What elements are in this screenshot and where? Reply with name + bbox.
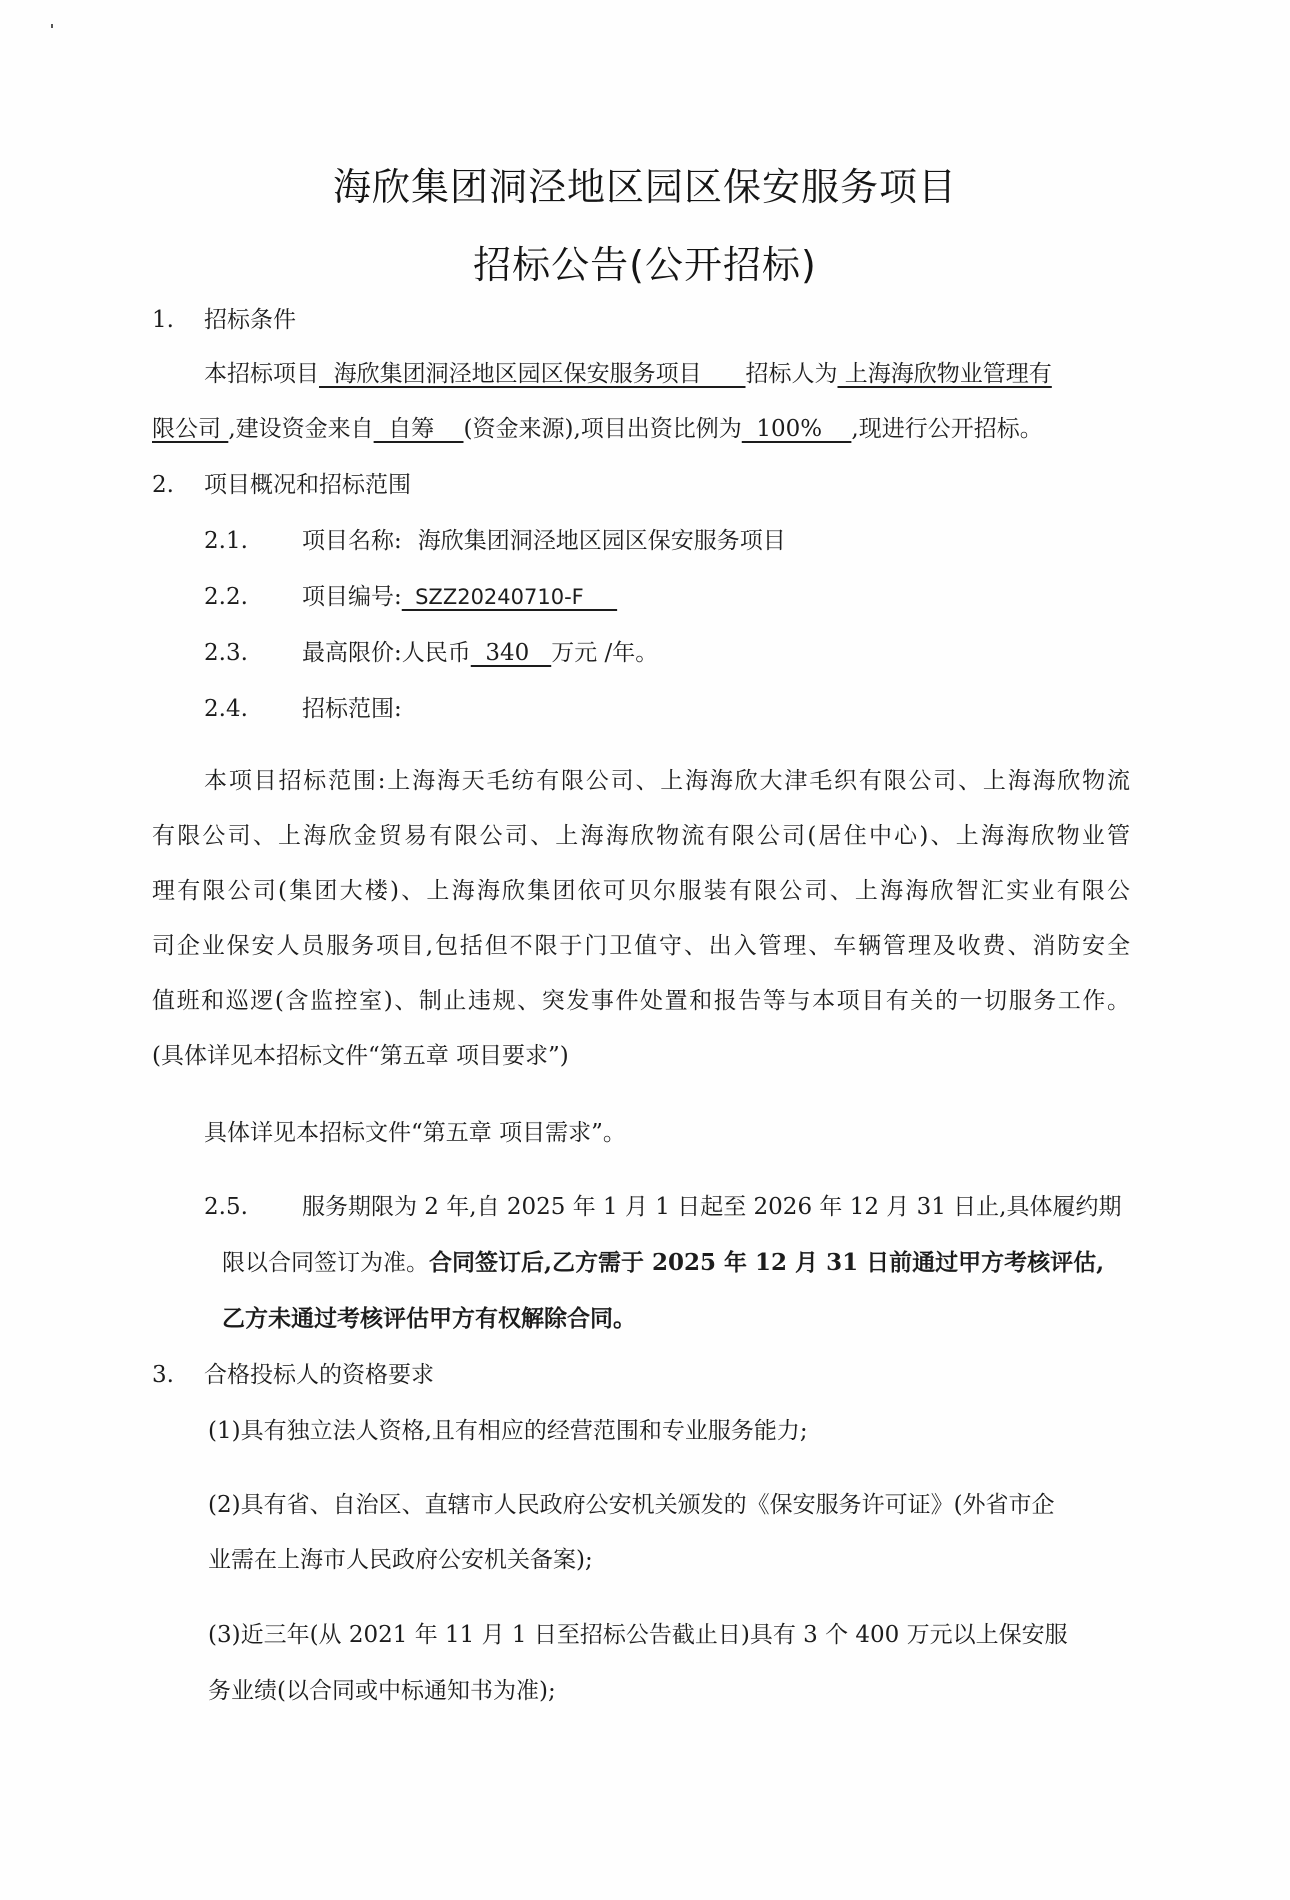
scope-line-6: (具体详见本招标文件“第五章 项目要求”) [152,1041,569,1071]
service-period-text: 服务期限为 2 年,自 2025 年 1 月 1 日起至 2026 年 12 月… [302,1194,1121,1220]
requirement-3-line2: 务业绩(以合同或中标通知书为准); [208,1676,556,1706]
section-number: 3. [152,1360,204,1390]
requirement-2-line1: (2)具有省、自治区、直辖市人民政府公安机关颁发的《保安服务许可证》(外省市企 [208,1490,1055,1520]
requirement-2-line2: 业需在上海市人民政府公安机关备案); [208,1545,593,1575]
text: ,建设资金来自 [228,416,373,442]
document-subtitle: 招标公告(公开招标) [0,234,1290,289]
text: 招标人为 [746,361,838,387]
item-number: 2.5. [204,1192,302,1222]
section-number: 2. [152,470,204,500]
section-1-paragraph-line1: 本招标项目 海欣集团洞泾地区园区保安服务项目 招标人为 上海海欣物业管理有 [204,359,1052,389]
scope-line-5: 值班和巡逻(含监控室)、制止违规、突发事件处置和报告等与本项目有关的一切服务工作… [152,986,1130,1016]
fund-source-field: 自筹 [374,416,464,442]
tenderee-field-cont: 限公司 [152,416,228,442]
item-number: 2.4. [204,694,302,724]
item-2-5-line3: 乙方未通过考核评估甲方有权解除合同。 [222,1304,636,1334]
item-label: 招标范围: [302,696,402,722]
item-2-5-line2: 限以合同签订为准。合同签订后,乙方需于 2025 年 12 月 31 日前通过甲… [222,1248,1104,1278]
item-2-4: 2.4.招标范围: [204,694,402,724]
text: 限以合同签订为准。 [222,1250,429,1276]
item-2-5-line1: 2.5.服务期限为 2 年,自 2025 年 1 月 1 日起至 2026 年 … [204,1192,1121,1222]
text: ,现进行公开招标。 [851,416,1042,442]
scope-line-3: 理有限公司(集团大楼)、上海海欣集团依可贝尔服装有限公司、上海海欣智汇实业有限公 [152,876,1130,906]
max-price-field: 340 [471,640,551,666]
item-label: 项目编号: [302,584,402,610]
assessment-clause: 合同签订后,乙方需于 2025 年 12 月 31 日前通过甲方考核评估, [429,1249,1104,1276]
section-title: 招标条件 [204,307,296,333]
item-label: 项目名称: [302,528,402,554]
investment-ratio-field: 100% [742,416,852,442]
price-unit: 万元 /年。 [551,640,658,666]
section-title: 项目概况和招标范围 [204,472,411,498]
document-title: 海欣集团洞泾地区园区保安服务项目 [0,156,1290,211]
scope-line-4: 司企业保安人员服务项目,包括但不限于门卫值守、出入管理、车辆管理及收费、消防安全 [152,931,1130,961]
scope-line-2: 有限公司、上海欣金贸易有限公司、上海海欣物流有限公司(居住中心)、上海海欣物业管 [152,821,1130,851]
item-2-2: 2.2.项目编号: SZZ20240710-F [204,582,617,612]
project-name-value: 海欣集团洞泾地区园区保安服务项目 [418,528,786,554]
item-number: 2.1. [204,526,302,556]
see-chapter-note: 具体详见本招标文件“第五章 项目需求”。 [204,1118,626,1148]
section-1-paragraph-line2: 限公司 ,建设资金来自 自筹 (资金来源),项目出资比例为 100% ,现进行公… [152,414,1043,444]
item-number: 2.3. [204,638,302,668]
item-2-1: 2.1.项目名称:海欣集团洞泾地区园区保安服务项目 [204,526,786,556]
text: 本招标项目 [204,361,319,387]
section-2-heading: 2.项目概况和招标范围 [152,470,411,500]
scope-line-1: 本项目招标范围:上海海天毛纺有限公司、上海海欣大津毛织有限公司、上海海欣物流 [152,766,1130,796]
project-name-field: 海欣集团洞泾地区园区保安服务项目 [319,361,746,387]
tenderee-field: 上海海欣物业管理有 [838,361,1052,387]
requirement-3-line1: (3)近三年(从 2021 年 11 月 1 日至招标公告截止日)具有 3 个 … [208,1620,1068,1650]
project-code-field: SZZ20240710-F [402,585,617,609]
section-3-heading: 3.合格投标人的资格要求 [152,1360,434,1390]
section-number: 1. [152,305,204,335]
section-1-heading: 1.招标条件 [152,305,296,335]
item-label: 最高限价:人民币 [302,640,471,666]
item-2-3: 2.3.最高限价:人民币 340 万元 /年。 [204,638,658,668]
requirement-1: (1)具有独立法人资格,且有相应的经营范围和专业服务能力; [208,1416,808,1446]
document-page: 海欣集团洞泾地区园区保安服务项目 招标公告(公开招标) 1.招标条件 本招标项目… [0,0,1290,1900]
item-number: 2.2. [204,582,302,612]
scan-speck [51,24,53,28]
section-title: 合格投标人的资格要求 [204,1362,434,1388]
text: (资金来源),项目出资比例为 [464,416,742,442]
